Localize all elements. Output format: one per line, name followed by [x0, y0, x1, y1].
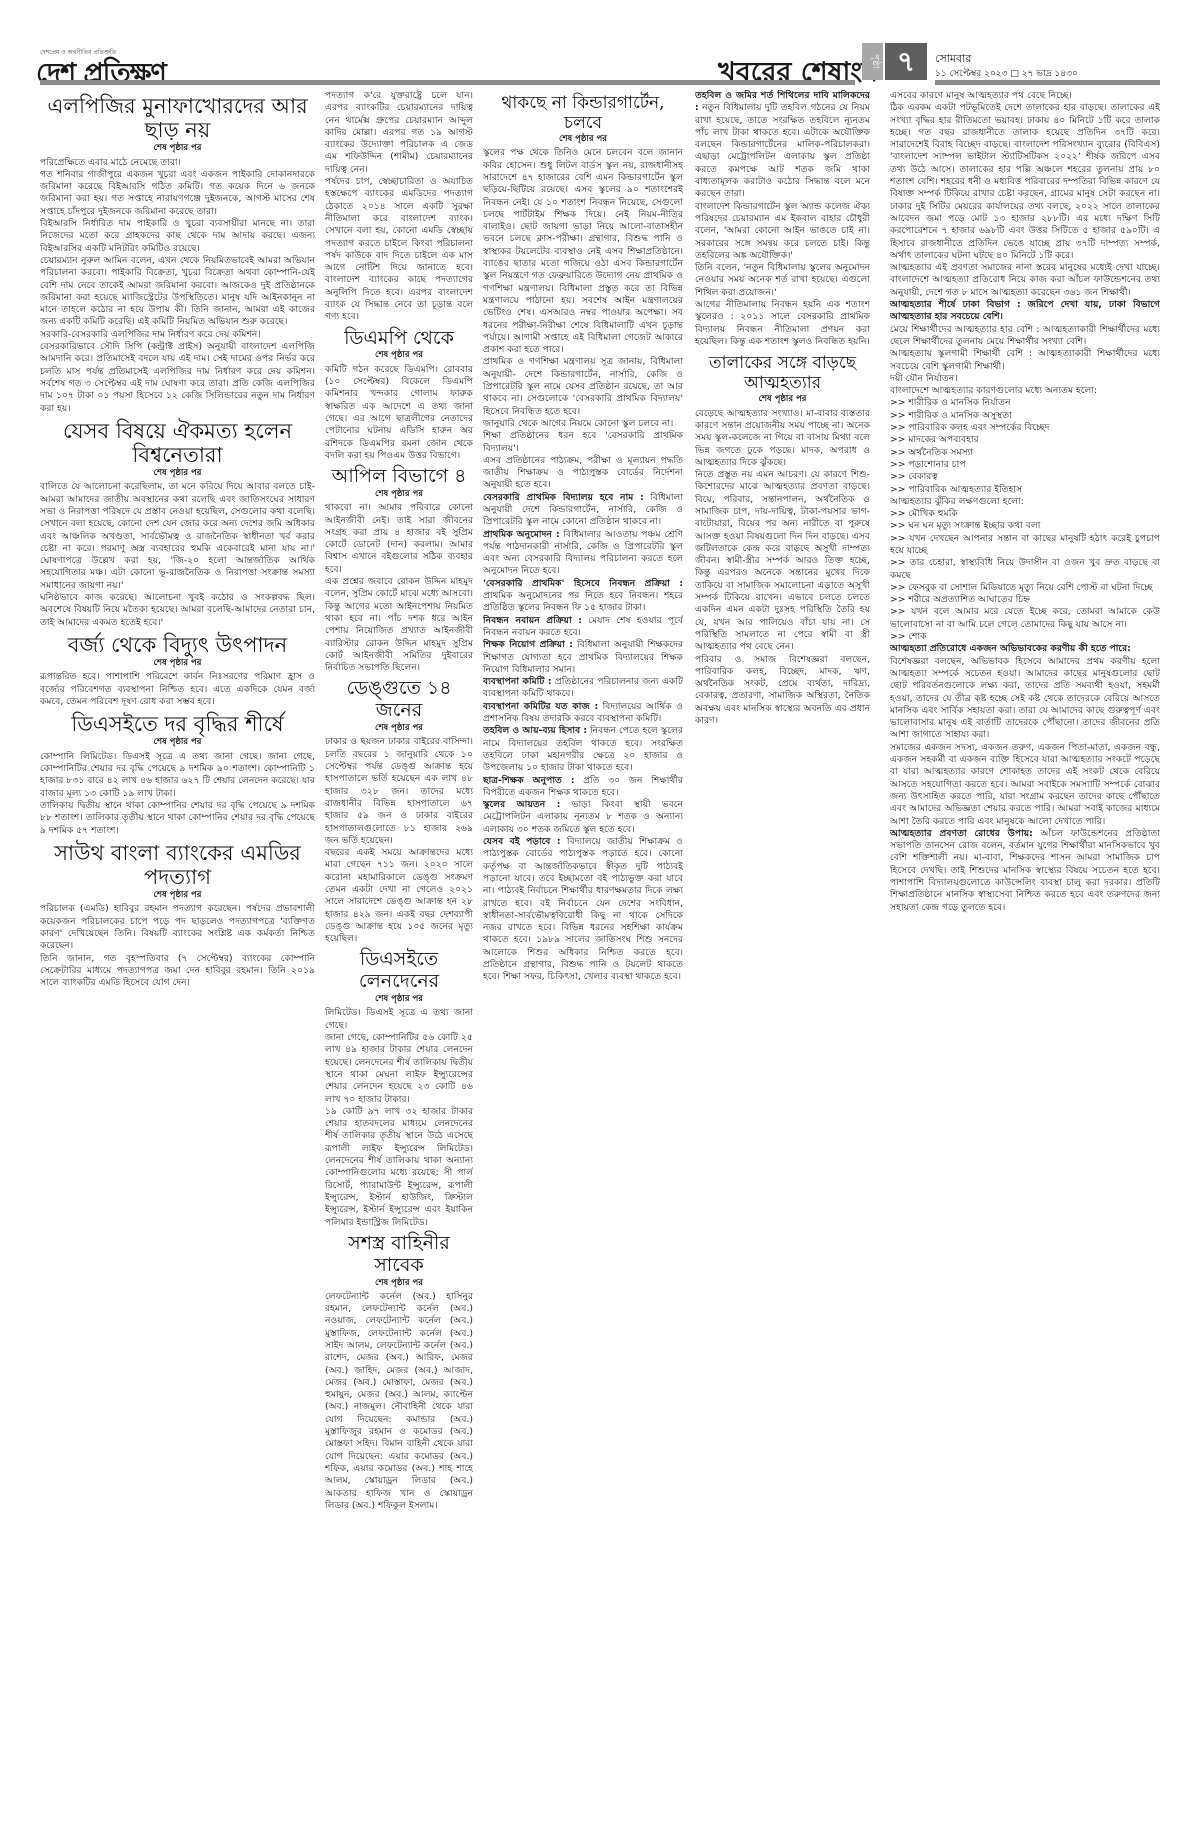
subhead-label: যেসব বই পড়াবে : [483, 836, 561, 847]
list-item: >> ঘন ঘন মৃত্যু সংক্রান্ত ইচ্ছার কথা বলা [890, 520, 1160, 532]
paragraph: বেড়েছে আত্মহত্যার সংখ্যাও। মা-বাবার ব্য… [695, 408, 870, 469]
paragraph: প্রাথমিক ও গণশিক্ষা মন্ত্রণালয় সূত্র জা… [483, 356, 683, 417]
paragraph: কমিটি গঠন করেছে ডিএমপি। রোববার (১০ সেপ্ট… [325, 364, 473, 462]
article-armed-forces: সশস্ত্র বাহিনীর সাবেক শেষ পৃষ্ঠার পর লেফ… [325, 1233, 473, 1512]
subhead-text: বিদ্যালয়ে জাতীয় শিক্ষাক্রম ও পাঠ্যপুস্… [483, 836, 683, 982]
subhead-text: প্রাথমিক অনুমোদনের পর নিতে হবে নিবন্ধন। … [483, 590, 683, 613]
column-4: তহবিল ও জমির শর্ত শিথিলের দাবি মালিকদের … [695, 90, 870, 1830]
paragraph: পদত্যাগ ক'রে যুক্তরাষ্ট্রে চলে যান। এরপর… [325, 90, 473, 176]
subhead-paragraph: প্রাথমিক অনুমোদন : বিধিমালার আওতায় পঞ্চ… [483, 529, 683, 578]
paragraph: শিক্ষা প্রতিষ্ঠানের ধরন হবে 'বেসরকারি প্… [483, 430, 683, 455]
paragraph: লেফটেন্যান্ট কর্নেল (অব.) হাসিনুর রহমান,… [325, 1291, 473, 1512]
continued-label: শেষ পৃষ্ঠার পর [40, 657, 315, 669]
article-dse-trade: ডিএসইতে লেনদেনের শেষ পৃষ্ঠার পর লিমিটেড।… [325, 949, 473, 1228]
masthead: দেশপ্রেম ও অর্থনীতির প্রতিশ্রুতি দেশ প্র… [0, 0, 1200, 80]
subhead-label: ব্যবস্থাপনা কমিটির যত কাজ : [483, 701, 598, 712]
subhead-label: নিবন্ধন নবায়ন প্রক্রিয়া : [483, 615, 582, 626]
page-number: ৭ [885, 43, 927, 80]
article-dmp: ডিএমপি থেকে শেষ পৃষ্ঠার পর কমিটি গঠন করে… [325, 328, 473, 463]
paragraph: আগের নীতিমালায় নিবন্ধন হয়নি এক শতাংশ স… [695, 299, 870, 348]
paragraph: ঠিক এরকম একটা পটভূমিতেই দেশে তালাকের হার… [890, 102, 1160, 262]
causes-heading: বাংলাদেশে আত্মহত্যার কারণগুলোর মধ্যে অন্… [890, 385, 1160, 397]
issue-date: ১১ সেপ্টেম্বর ২০২৩ □ ২৭ ভাদ্র ১৪৩০ [935, 66, 1078, 81]
subhead-paragraph: তহবিল ও জমির শর্ত শিথিলের দাবি মালিকদের … [695, 90, 870, 201]
article-dengue: ডেঙ্গুতে ১৪ জনের শেষ পৃষ্ঠার পর ঢাকার ও … [325, 678, 473, 945]
paragraph: নিতে প্রস্তুত নয় এমন আচরণ। যে কারণে শিশ… [695, 469, 870, 653]
list-item: >> ফেসবুক বা সোশাল মিডিয়াতে মৃত্যু নিয়… [890, 582, 1160, 594]
paragraph: এসবের কারণে মানুষ আত্মহত্যার পথ বেছে নিচ… [890, 90, 1160, 102]
paragraph: লিমিটেড। ডিএসই সূত্রে এ তথ্য জানা গেছে। [325, 1007, 473, 1032]
continued-label: শেষ পৃষ্ঠার পর [325, 722, 473, 734]
causes-list: >> শারীরিক ও মানসিক নির্যাতন >> শারীরিক … [890, 397, 1160, 495]
headline-g20[interactable]: যেসব বিষয়ে ঐকমত্য হলেন বিশ্বনেতারা [40, 419, 315, 467]
subhead-text: নতুন বিধিমালায় দুটি তহবিল গঠনের যে নিয়… [695, 102, 870, 199]
continued-label: শেষ পৃষ্ঠার পর [40, 467, 315, 479]
list-item: >> মৌখিক হুমকি [890, 508, 1160, 520]
paragraph: সমাজের একজন সদস্য, একজন তরুণ, একজন পিতা-… [890, 742, 1160, 828]
list-item: >> শরীরে অপ্রত্যাশিত আঘাতের চিহ্ন [890, 594, 1160, 606]
continued-label: শেষ পৃষ্ঠার পর [40, 736, 315, 748]
paragraph: জানা গেছে, কোম্পানিটির ৫৬ কোটি ২৫ লাখ ৪৯… [325, 1032, 473, 1106]
subhead-label: শিক্ষক নিয়োগ প্রক্রিয়া : [483, 639, 573, 650]
paragraph: পরিচালক (এমডি) হাবিবুর রহমান পদত্যাগ করে… [40, 903, 315, 952]
headline-appeal[interactable]: আপিল বিভাগে ৪ [325, 466, 473, 488]
continued-label: শেষ পৃষ্ঠার পর [325, 1277, 473, 1289]
column-5: এসবের কারণে মানুষ আত্মহত্যার পথ বেছে নিচ… [890, 90, 1160, 1830]
paragraph: মেয়ে শিক্ষার্থীদের আত্মহত্যার হার বেশি … [890, 324, 1160, 349]
list-item: >> অর্থনৈতিক সমস্যা [890, 447, 1160, 459]
paragraph: বিশেষজ্ঞরা বলছেন, অভিভাবক হিসেবে আমাদের … [890, 656, 1160, 742]
subhead-text: আঁচল ফাউন্ডেশনের প্রতিষ্ঠাতা সভাপতি তানস… [890, 828, 1160, 913]
continued-label: শেষ পৃষ্ঠার পর [695, 393, 870, 405]
paragraph: তালিকায় দ্বিতীয় স্থানে থাকা কোম্পানির … [40, 800, 315, 837]
list-item: >> পড়াশোনার চাপ [890, 459, 1160, 471]
subhead-paragraph: নিবন্ধন নবায়ন প্রক্রিয়া : মেয়াদ শেষ হ… [483, 615, 683, 640]
headline-dmp[interactable]: ডিএমপি থেকে [325, 328, 473, 350]
headline-armed-forces[interactable]: সশস্ত্র বাহিনীর সাবেক [325, 1233, 473, 1277]
subhead-label: ছাত্র-শিক্ষক অনুপাত : [483, 775, 575, 786]
paragraph: এক প্রশ্নের জবাবে রোকন উদ্দিন মাহমুদ বলে… [325, 576, 473, 674]
header-rule-left [40, 80, 855, 85]
paragraph: ঢাকার ও ছয়জন ঢাকার বাইরের বাসিন্দা। চলত… [325, 736, 473, 847]
paragraph: এসব প্রতিষ্ঠানের পাঠ্যক্রম, পরীক্ষা ও মূ… [483, 455, 683, 492]
paragraph: সরকারি-বেসরকারি এলপিজির দাম নির্ধারণ করে… [40, 329, 315, 341]
list-item: >> শারীরিক ও মানসিক নির্যাতন [890, 397, 1160, 409]
headline-dengue[interactable]: ডেঙ্গুতে ১৪ জনের [325, 678, 473, 722]
paragraph: গত শনিবার গাজীপুরে একজন খুচরা এবং একজন প… [40, 169, 315, 218]
article-dse-rate: ডিএসইতে দর বৃদ্ধির শীর্ষে শেষ পৃষ্ঠার পর… [40, 712, 315, 837]
list-item: >> শোক [890, 631, 1160, 643]
headline-lpg[interactable]: এলপিজির মুনাফাখোরদের আর ছাড় নয় [40, 94, 315, 142]
header-rule-right [935, 80, 1160, 85]
paragraph: আত্মহত্যায় স্কুলগামী শিক্ষার্থী বেশি : … [890, 348, 1160, 373]
paragraph: থাকবো না। আমার পরিবারে কোনো আইনজীবী নেই।… [325, 502, 473, 576]
signs-heading: আত্মহত্যার ঝুঁকির লক্ষণগুলো হলো: [890, 496, 1160, 508]
subhead-paragraph: আত্মহত্যার প্রবণতা রোধের উপায়: আঁচল ফাউ… [890, 828, 1160, 914]
paragraph: পরিবার ও সমাজ বিশেষজ্ঞরা বলছেন, পারিবারি… [695, 654, 870, 728]
subhead-paragraph: 'বেসরকারি প্রাথমিক' হিসেবে নিবন্ধন প্রক্… [483, 578, 683, 615]
paragraph: পরিপ্রেক্ষিতে এবার মাঠে নেমেছে তারা। [40, 157, 315, 169]
list-item: >> তার চেহারা, স্বাস্থ্যবিধি নিয়ে উদাসী… [890, 557, 1160, 582]
signs-list: >> মৌখিক হুমকি >> ঘন ঘন মৃত্যু সংক্রান্ত… [890, 508, 1160, 643]
subhead-paragraph: ব্যবস্থাপনা কমিটি : প্রতিষ্ঠানের পরিচালন… [483, 676, 683, 701]
list-item: >> মাদকের অপব্যবহার [890, 434, 1160, 446]
paragraph: আত্মহত্যার শীর্ষে ঢাকা বিভাগ : জরিপে দেখ… [890, 299, 1160, 324]
subhead-paragraph: ব্যবস্থাপনা কমিটির যত কাজ : বিদ্যালয়ের … [483, 701, 683, 726]
column-2: পদত্যাগ ক'রে যুক্তরাষ্ট্রে চলে যান। এরপর… [325, 90, 473, 1830]
article-lpg: এলপিজির মুনাফাখোরদের আর ছাড় নয় শেষ পৃষ… [40, 94, 315, 415]
page-label: পৃষ্ঠা [862, 43, 883, 80]
subhead-paragraph: স্কুলের আয়তন : ভাড়া কিংবা স্থায়ী ভবনে… [483, 799, 683, 836]
paragraph: বছরের একই সময়ে আক্রান্তদের মধ্যে মারা গ… [325, 847, 473, 945]
continued-label: শেষ পৃষ্ঠার পর [325, 349, 473, 361]
list-item: >> শারীরিক ও মানসিক অসুস্থতা [890, 410, 1160, 422]
paragraph: জানুয়ারি থেকে আগের নিয়মে কোনো স্কুল চল… [483, 418, 683, 430]
paragraph: দয়ী যৌন নির্যাতন। [890, 373, 1160, 385]
list-item: >> যখন দেখছেন আপনার সন্তান বা কাছের মানু… [890, 533, 1160, 558]
continued-label: শেষ পৃষ্ঠার পর [483, 133, 683, 145]
subhead-label: আত্মহত্যার প্রবণতা রোধের উপায়: [890, 828, 1033, 839]
subhead-paragraph: তহবিল ও আয়-ব্যয় হিসাব : নিবন্ধন পেতে হ… [483, 725, 683, 774]
list-item: >> পারিবারিক আত্মহত্যার ইতিহাস [890, 484, 1160, 496]
subhead-label: প্রাথমিক অনুমোদন : [483, 529, 560, 540]
paragraph: তিনি জানান, গত বৃহস্পতিবার (৭ সেপ্টেম্বর… [40, 953, 315, 990]
subhead-paragraph: যেসব বই পড়াবে : বিদ্যালয়ে জাতীয় শিক্ষ… [483, 836, 683, 984]
headline-divorce[interactable]: তালাকের সঙ্গে বাড়ছে আত্মহত্যার [695, 354, 870, 393]
list-item: >> যখন বলে আমার মরে যেতে ইচ্ছে করে, তোমর… [890, 606, 1160, 631]
subhead-label: ব্যবস্থাপনা কমিটি : [483, 676, 552, 687]
continued-label: শেষ পৃষ্ঠার পর [325, 993, 473, 1005]
article-g20: যেসব বিষয়ে ঐকমত্য হলেন বিশ্বনেতারা শেষ … [40, 419, 315, 629]
paragraph: ঘনিষ্ঠভাবে কাজ করেছে। আলোচনা খুবই কঠোর ও… [40, 592, 315, 629]
paragraph: বেসরকারিভাবে সৌদি সিপি (কন্ট্রাক্ট প্রাই… [40, 341, 315, 415]
article-waste: বর্জ্য থেকে বিদ্যুৎ উৎপাদন শেষ পৃষ্ঠার প… [40, 633, 315, 708]
column-1: এলপিজির মুনাফাখোরদের আর ছাড় নয় শেষ পৃষ… [40, 90, 315, 1830]
subhead-label: স্কুলের আয়তন : [483, 799, 560, 810]
subhead-paragraph: শিক্ষক নিয়োগ প্রক্রিয়া : বিধিমালা অনুয… [483, 639, 683, 676]
continued-label: শেষ পৃষ্ঠার পর [40, 889, 315, 901]
paragraph: বিইআরসি নির্ধারিত দাম পাইকারি ও খুচরা ব্… [40, 218, 315, 255]
article-kindergarten: থাকছে না কিন্ডারগার্টেন, চলবে শেষ পৃষ্ঠা… [483, 94, 683, 984]
paragraph: আত্মহত্যার এই প্রবণতা সমাজের নানা স্তরের… [890, 262, 1160, 299]
subhead-label: বেসরকারি প্রাথমিক বিদ্যালয় হবে নাম : [483, 492, 644, 503]
subhead-label: 'বেসরকারি প্রাথমিক' হিসেবে নিবন্ধন প্রক্… [483, 578, 683, 589]
headline-waste[interactable]: বর্জ্য থেকে বিদ্যুৎ উৎপাদন [40, 633, 315, 657]
article-south-bangla: সাউথ বাংলা ব্যাংকের এমডির পদত্যাগ শেষ পৃ… [40, 841, 315, 990]
list-item: >> পারিবারিক কলহ এবং সম্পর্কের বিচ্ছেদ [890, 422, 1160, 434]
paragraph: ১৯ কোটি ৯৭ লাখ ৩২ হাজার টাকার শেয়ার হাত… [325, 1106, 473, 1229]
paragraph: বাংলাদেশ কিন্ডারগার্টেন স্কুল অ্যান্ড কল… [695, 201, 870, 262]
list-item: >> বেকারত্ব [890, 471, 1160, 483]
paragraph: স্কুলের পক্ষ থেকে তিনিও মেনে চলবেন বলে জ… [483, 147, 683, 356]
paragraph: পর্ষদের চাপ, স্বেচ্ছাচারিতা ও অযাচিত হস্… [325, 176, 473, 324]
paragraph: চেয়ারম্যান নুরুল আমিন বলেন, এখন থেকে নি… [40, 255, 315, 329]
prevention-heading: আত্মহত্যা প্রতিরোধে একজন অভিভাবকের করণীয… [890, 643, 1160, 655]
continued-label: শেষ পৃষ্ঠার পর [325, 488, 473, 500]
subhead-paragraph: বেসরকারি প্রাথমিক বিদ্যালয় হবে নাম : বি… [483, 492, 683, 529]
paragraph: তিনি বলেন, 'নতুন বিধিমালায় স্কুলের অনুম… [695, 262, 870, 299]
paragraph: কোম্পানি লিমিটেড। ডিএসই সূত্রে এ তথ্য জা… [40, 751, 315, 800]
paragraph: বালিতে যে আলোচনা করেছিলাম, তা মনে করিয়ে… [40, 481, 315, 592]
column-3: থাকছে না কিন্ডারগার্টেন, চলবে শেষ পৃষ্ঠা… [483, 90, 683, 1830]
subhead-paragraph: ছাত্র-শিক্ষক অনুপাত : প্রতি ৩০ জন শিক্ষা… [483, 775, 683, 800]
headline-kindergarten[interactable]: থাকছে না কিন্ডারগার্টেন, চলবে [483, 94, 683, 133]
article-appeal: আপিল বিভাগে ৪ শেষ পৃষ্ঠার পর থাকবো না। আ… [325, 466, 473, 674]
paragraph: রূপান্তরিত হবে। পাশাপাশি পরিবেশে কার্বন … [40, 671, 315, 708]
headline-dse-trade[interactable]: ডিএসইতে লেনদেনের [325, 949, 473, 993]
continued-label: শেষ পৃষ্ঠার পর [40, 142, 315, 154]
headline-south-bangla[interactable]: সাউথ বাংলা ব্যাংকের এমডির পদত্যাগ [40, 841, 315, 889]
subhead-label: তহবিল ও আয়-ব্যয় হিসাব : [483, 725, 587, 736]
article-divorce: তালাকের সঙ্গে বাড়ছে আত্মহত্যার শেষ পৃষ্… [695, 354, 870, 727]
headline-dse-rate[interactable]: ডিএসইতে দর বৃদ্ধির শীর্ষে [40, 712, 315, 736]
